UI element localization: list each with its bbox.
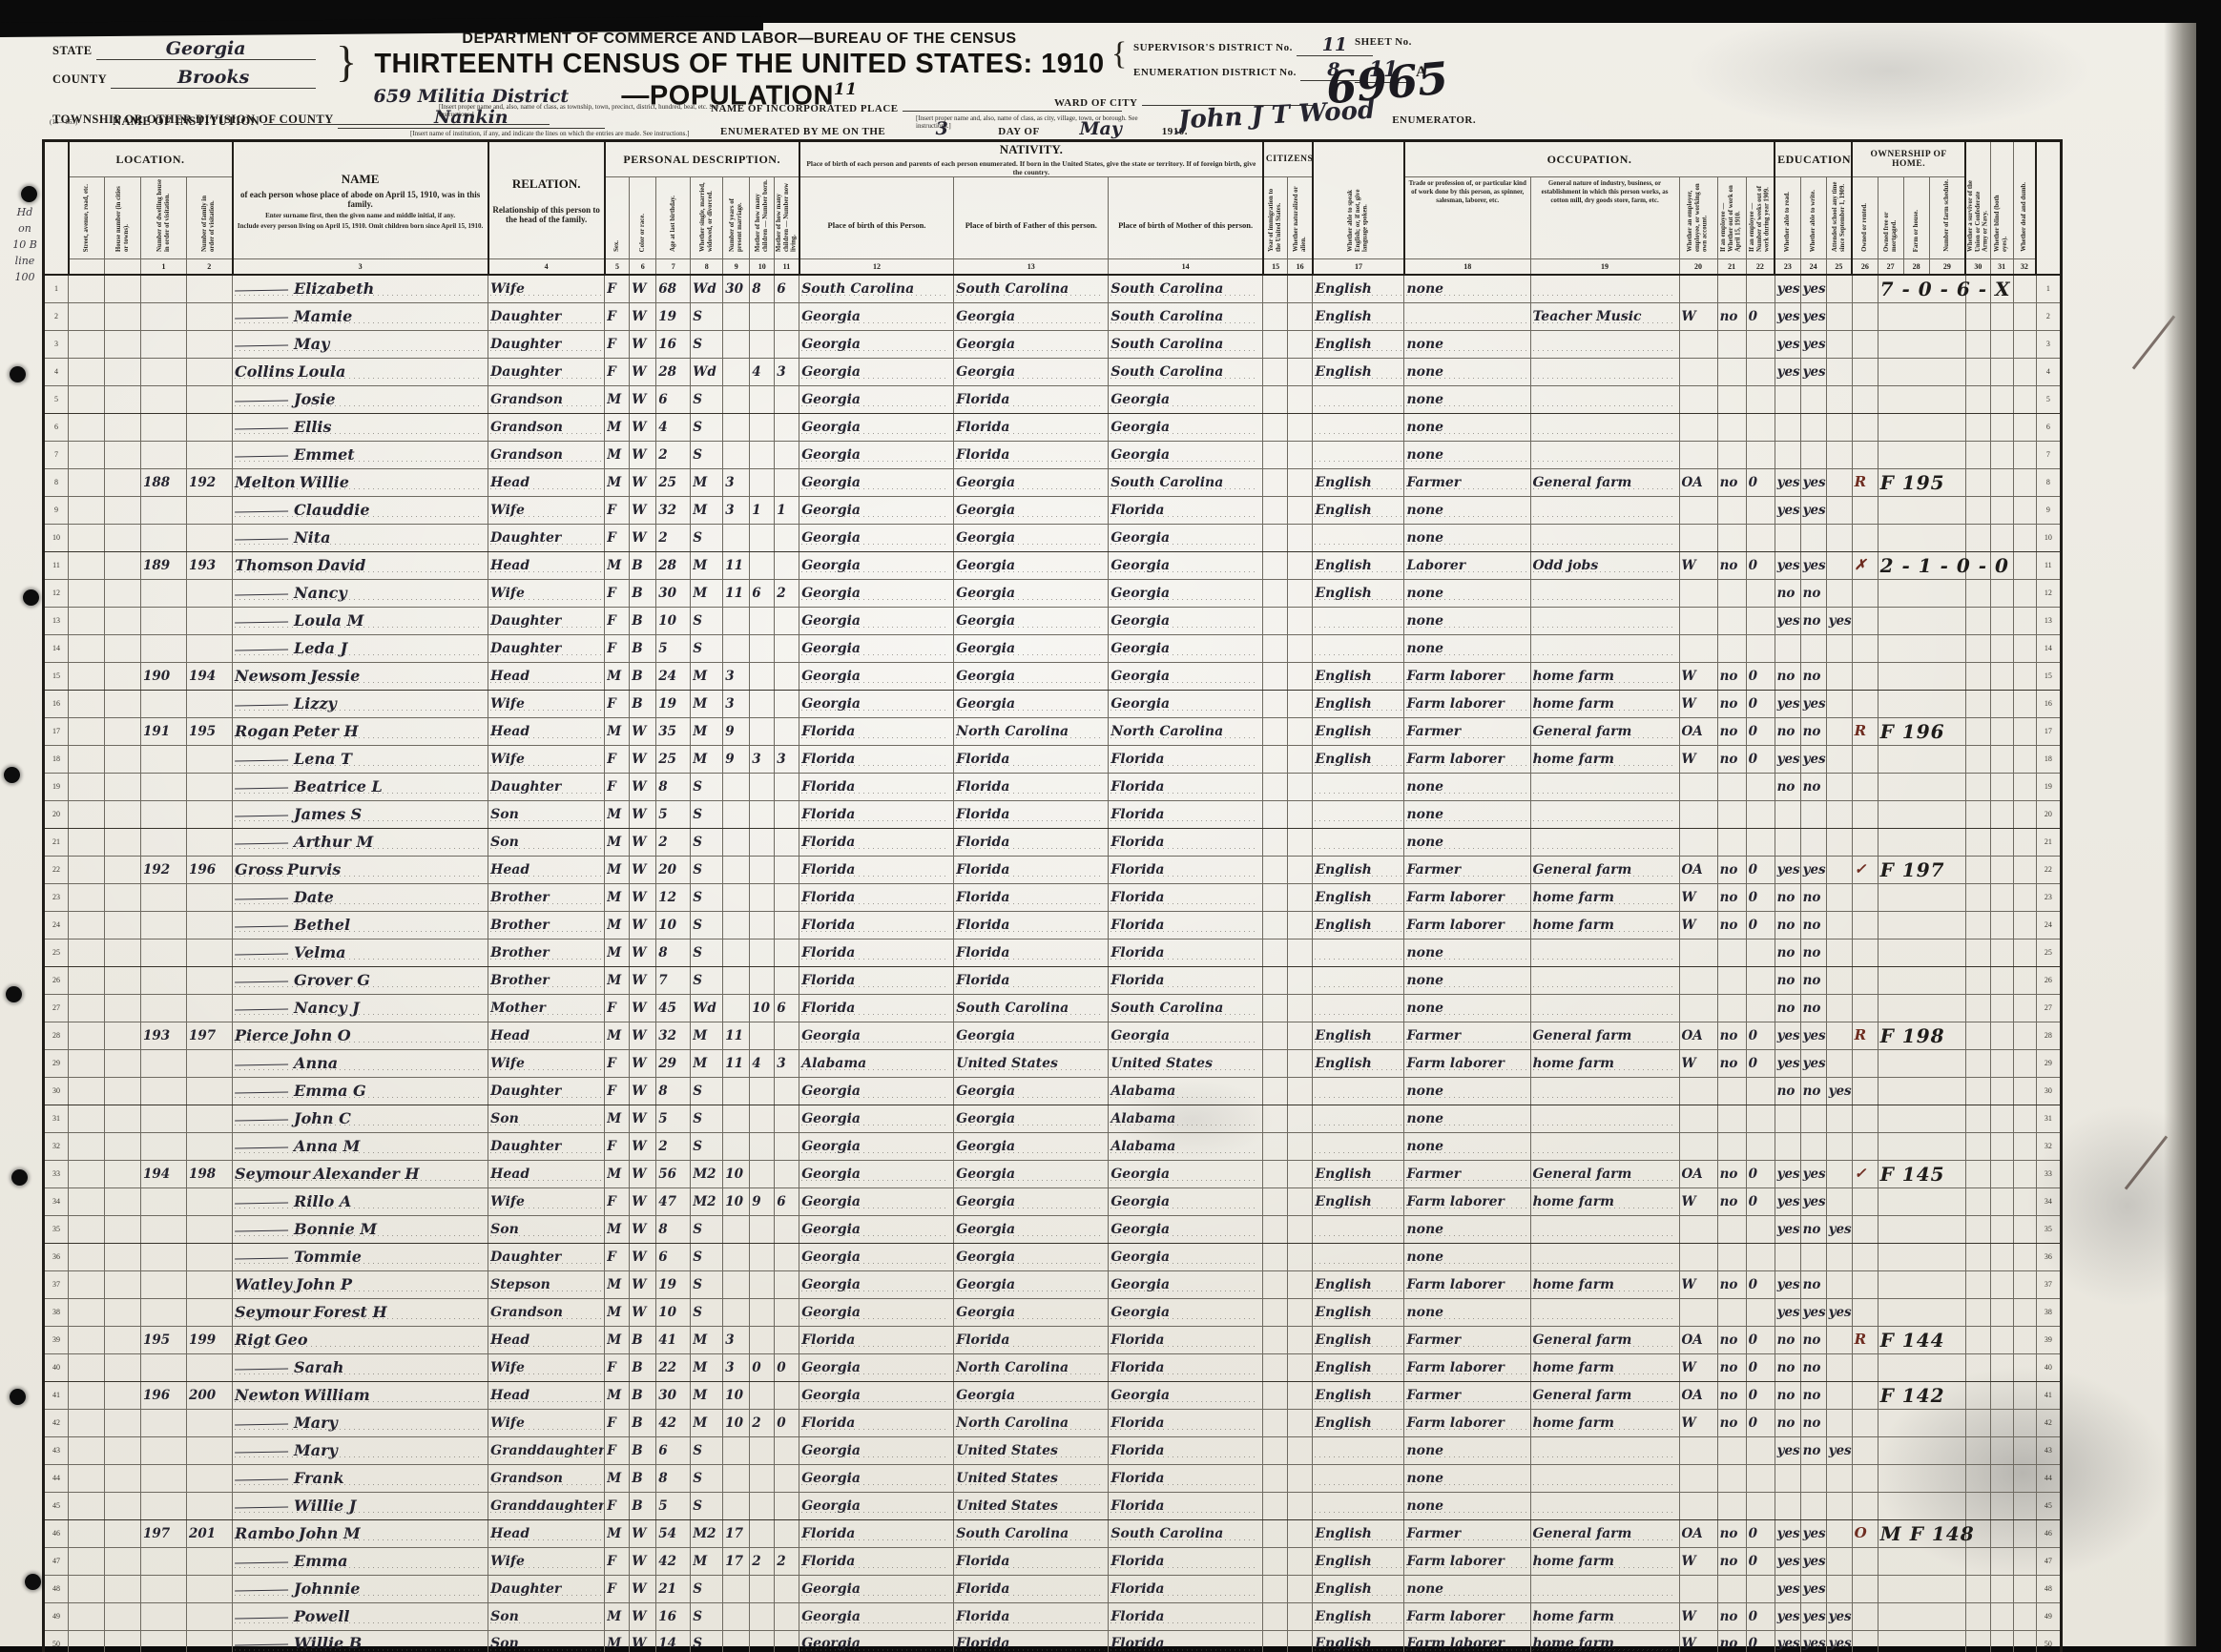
cell-pbm: Florida — [1109, 1575, 1263, 1602]
cell-mar: S — [691, 607, 723, 634]
farm-schedule-column-label: Number of farm schedule. — [1943, 179, 1951, 252]
cell-yrs: 10 — [723, 1187, 750, 1215]
cell-nat — [1288, 634, 1313, 662]
cell-sex: M — [605, 1160, 630, 1187]
cell-pbf: Georgia — [954, 690, 1109, 717]
cell-wk: 0 — [1746, 302, 1775, 330]
cell-pbf: Georgia — [954, 607, 1109, 634]
cell-cb — [750, 883, 775, 911]
cell-house — [105, 800, 141, 828]
cell-sex: F — [605, 1547, 630, 1575]
title-annotation: 11 — [834, 80, 858, 99]
cell-trd: none — [1404, 1492, 1530, 1519]
cell-ln1: 24 — [2036, 911, 2061, 939]
cell-street — [69, 1077, 105, 1105]
cell-d32 — [2013, 773, 2036, 800]
cell-mar: S — [691, 1464, 723, 1492]
dwelling-number-column-header: Number of dwelling house in order of vis… — [141, 177, 187, 259]
cell-sex: F — [605, 1436, 630, 1464]
cell-cl — [775, 966, 799, 994]
cell-ind — [1530, 579, 1679, 607]
cell-sex: M — [605, 717, 630, 745]
cell-col: W — [630, 1298, 656, 1326]
cell-name: Lizzy — [233, 690, 488, 717]
cell-pbm: Georgia — [1109, 1270, 1263, 1298]
cell-chk — [1852, 330, 1878, 358]
cell-eng — [1313, 828, 1404, 856]
cell-rel: Head — [488, 1022, 605, 1049]
cell-d32 — [2013, 1492, 2036, 1519]
cell-name: Emmet — [233, 441, 488, 468]
cell-wk: 0 — [1746, 1326, 1775, 1353]
cell-fam: 193 — [187, 551, 233, 579]
farm-schedule-column-header: Number of farm schedule. — [1929, 177, 1965, 259]
cell-sex: M — [605, 1105, 630, 1132]
cell-emp: W — [1679, 883, 1717, 911]
cell-street — [69, 1436, 105, 1464]
street-column-label: Street, avenue, road, etc. — [83, 184, 91, 252]
cell-imm — [1263, 1492, 1288, 1519]
cell-ln0: 41 — [44, 1381, 69, 1409]
cell-sex: F — [605, 634, 630, 662]
cell-note: F 198 — [1878, 1022, 1965, 1049]
cell-s30 — [1965, 1132, 1990, 1160]
cell-cb — [750, 828, 775, 856]
cell-nat — [1288, 1575, 1313, 1602]
cell-dw — [141, 607, 187, 634]
punch-hole — [10, 366, 26, 382]
state-line: STATE Georgia — [52, 38, 316, 60]
name-note-2: Include every person living on April 15,… — [236, 222, 486, 230]
cell-fam: 196 — [187, 856, 233, 883]
cell-rd: yes — [1775, 690, 1800, 717]
cell-dw: 196 — [141, 1381, 187, 1409]
cell-cl — [775, 828, 799, 856]
cell-imm — [1263, 800, 1288, 828]
cell-emp: OA — [1679, 717, 1717, 745]
cell-mar: M — [691, 1326, 723, 1353]
cell-yrs — [723, 883, 750, 911]
cell-age: 16 — [656, 330, 691, 358]
cell-ind: General farm — [1530, 1160, 1679, 1187]
cell-chk — [1852, 1243, 1878, 1270]
cell-b31 — [1990, 1326, 2013, 1353]
cell-imm — [1263, 745, 1288, 773]
cell-wk: 0 — [1746, 1547, 1775, 1575]
cell-chk — [1852, 358, 1878, 385]
cell-imm — [1263, 358, 1288, 385]
cell-house — [105, 1409, 141, 1436]
cell-eng: English — [1313, 1381, 1404, 1409]
cell-note — [1878, 828, 1965, 856]
cell-cl — [775, 1602, 799, 1630]
cell-wk — [1746, 607, 1775, 634]
scanned-census-page: { "header": { "dept_line": "DEPARTMENT O… — [0, 0, 2221, 1652]
cell-s30 — [1965, 690, 1990, 717]
cell-dw — [141, 1436, 187, 1464]
cell-sex: M — [605, 468, 630, 496]
naturalized-column-label: Whether naturalized or alien. — [1293, 179, 1308, 252]
cell-eng — [1313, 773, 1404, 800]
cell-rd — [1775, 1464, 1800, 1492]
cell-wk — [1746, 1215, 1775, 1243]
cell-trd: none — [1404, 524, 1530, 551]
cell-sex: M — [605, 800, 630, 828]
cell-emp: W — [1679, 662, 1717, 690]
cell-cb — [750, 1132, 775, 1160]
cell-wk — [1746, 1243, 1775, 1270]
cell-street — [69, 524, 105, 551]
cell-col: B — [630, 1492, 656, 1519]
cell-ln0: 15 — [44, 662, 69, 690]
cell-cl — [775, 1022, 799, 1049]
cell-house — [105, 1270, 141, 1298]
cell-sex: F — [605, 524, 630, 551]
cell-pbm: Florida — [1109, 1492, 1263, 1519]
cell-col: B — [630, 662, 656, 690]
cell-wk: 0 — [1746, 551, 1775, 579]
cell-wk — [1746, 441, 1775, 468]
cell-rel: Son — [488, 1105, 605, 1132]
table-row: 29AnnaWifeFW29M1143AlabamaUnited StatesU… — [44, 1049, 2062, 1077]
cell-street — [69, 1492, 105, 1519]
cell-fam — [187, 1132, 233, 1160]
cell-fam — [187, 1298, 233, 1326]
cell-chk — [1852, 1215, 1878, 1243]
years-married-column-label: Number of years of present marriage. — [729, 179, 744, 252]
cell-sex: F — [605, 1353, 630, 1381]
cell-wk — [1746, 579, 1775, 607]
personal-description-group-header: PERSONAL DESCRIPTION. — [605, 141, 799, 177]
cell-ln1: 17 — [2036, 717, 2061, 745]
cell-ln0: 43 — [44, 1436, 69, 1464]
cell-b31 — [1990, 828, 2013, 856]
cell-note — [1878, 939, 1965, 966]
cell-sch — [1826, 1353, 1852, 1381]
cell-imm — [1263, 1547, 1288, 1575]
cell-nat — [1288, 1187, 1313, 1215]
cell-ind: home farm — [1530, 1187, 1679, 1215]
cell-age: 30 — [656, 579, 691, 607]
cell-pb: Georgia — [799, 607, 954, 634]
blind-column-label: Whether blind (both eyes). — [1994, 179, 2009, 252]
cell-ow: no — [1717, 883, 1746, 911]
cell-age: 28 — [656, 551, 691, 579]
cell-pbm: Florida — [1109, 939, 1263, 966]
cell-name: Lena T — [233, 745, 488, 773]
cell-pb: Florida — [799, 1519, 954, 1547]
cell-wk — [1746, 1436, 1775, 1464]
cell-eng — [1313, 1243, 1404, 1270]
cell-rd — [1775, 1492, 1800, 1519]
cell-pbm: South Carolina — [1109, 994, 1263, 1022]
cell-pbm: Florida — [1109, 1464, 1263, 1492]
cell-ind — [1530, 275, 1679, 302]
cell-s30 — [1965, 828, 1990, 856]
cell-rel: Wife — [488, 690, 605, 717]
enumerated-month: May — [1044, 118, 1158, 140]
cell-chk — [1852, 413, 1878, 441]
cell-wr: no — [1800, 1215, 1826, 1243]
cell-rd: yes — [1775, 1436, 1800, 1464]
cell-name: Arthur M — [233, 828, 488, 856]
cell-s30 — [1965, 330, 1990, 358]
cell-age: 8 — [656, 1215, 691, 1243]
cell-ow: no — [1717, 1326, 1746, 1353]
cell-dw — [141, 413, 187, 441]
cell-cb — [750, 1243, 775, 1270]
cell-emp: W — [1679, 690, 1717, 717]
cell-note — [1878, 330, 1965, 358]
colnum-street — [69, 259, 105, 276]
cell-street — [69, 441, 105, 468]
cell-yrs: 10 — [723, 1160, 750, 1187]
cell-house — [105, 1602, 141, 1630]
cell-rd: no — [1775, 883, 1800, 911]
cell-col: W — [630, 385, 656, 413]
cell-eng: English — [1313, 496, 1404, 524]
cell-sex: F — [605, 745, 630, 773]
cell-note — [1878, 690, 1965, 717]
cell-d32 — [2013, 1409, 2036, 1436]
cell-fam — [187, 1353, 233, 1381]
cell-eng: English — [1313, 1160, 1404, 1187]
table-row: 15190194Newsom JessieHeadMB24M3GeorgiaGe… — [44, 662, 2062, 690]
cell-ln0: 37 — [44, 1270, 69, 1298]
cell-rd: yes — [1775, 1022, 1800, 1049]
cell-rel: Son — [488, 1630, 605, 1652]
location-group-header: LOCATION. — [69, 141, 233, 177]
cell-b31 — [1990, 468, 2013, 496]
column-number-row: 1 2 3 4 5 6 7 8 9 10 11 12 13 14 15 16 1… — [44, 259, 2062, 276]
cell-rd: no — [1775, 1409, 1800, 1436]
colnum-29: 29 — [1929, 259, 1965, 276]
cell-pbm: Georgia — [1109, 441, 1263, 468]
cell-name: Nancy — [233, 579, 488, 607]
cell-wr: yes — [1800, 1298, 1826, 1326]
cell-pb: Georgia — [799, 1270, 954, 1298]
cell-yrs: 10 — [723, 1409, 750, 1436]
colnum-19: 19 — [1530, 259, 1679, 276]
cell-s30 — [1965, 413, 1990, 441]
cell-nat — [1288, 1243, 1313, 1270]
cell-chk — [1852, 579, 1878, 607]
cell-house — [105, 1077, 141, 1105]
cell-ow — [1717, 496, 1746, 524]
cell-wk — [1746, 966, 1775, 994]
cell-yrs — [723, 1630, 750, 1652]
cell-nat — [1288, 883, 1313, 911]
cell-ind — [1530, 828, 1679, 856]
cell-note: M F 148 — [1878, 1519, 1965, 1547]
cell-ind: General farm — [1530, 856, 1679, 883]
immigration-column-label: Year of immigration to the United States… — [1268, 179, 1283, 252]
cell-emp — [1679, 1298, 1717, 1326]
cell-pbf: Georgia — [954, 579, 1109, 607]
cell-fam — [187, 385, 233, 413]
cell-pb: Florida — [799, 911, 954, 939]
cell-trd: none — [1404, 1575, 1530, 1602]
cell-ow: no — [1717, 1187, 1746, 1215]
cell-eng: English — [1313, 275, 1404, 302]
cell-wr: yes — [1800, 1022, 1826, 1049]
cell-rd: yes — [1775, 1187, 1800, 1215]
cell-sch — [1826, 496, 1852, 524]
cell-nat — [1288, 1298, 1313, 1326]
cell-nat — [1288, 1409, 1313, 1436]
cell-pb: Georgia — [799, 634, 954, 662]
cell-emp — [1679, 275, 1717, 302]
cell-street — [69, 358, 105, 385]
cell-age: 29 — [656, 1049, 691, 1077]
cell-emp — [1679, 607, 1717, 634]
cell-ln1: 26 — [2036, 966, 2061, 994]
cell-cl — [775, 1464, 799, 1492]
colnum-28: 28 — [1903, 259, 1929, 276]
cell-b31 — [1990, 994, 2013, 1022]
colnum-23: 23 — [1775, 259, 1800, 276]
colnum-17: 17 — [1313, 259, 1404, 276]
cell-age: 8 — [656, 1464, 691, 1492]
cell-rd: yes — [1775, 358, 1800, 385]
cell-sex: F — [605, 690, 630, 717]
cell-rd — [1775, 413, 1800, 441]
cell-cl — [775, 1381, 799, 1409]
cell-sch — [1826, 1409, 1852, 1436]
cell-imm — [1263, 828, 1288, 856]
cell-pbf: Florida — [954, 939, 1109, 966]
cell-fam — [187, 358, 233, 385]
cell-pbf: Georgia — [954, 1077, 1109, 1105]
cell-emp: OA — [1679, 1519, 1717, 1547]
cell-fam — [187, 634, 233, 662]
cell-wr — [1800, 441, 1826, 468]
cell-wk — [1746, 828, 1775, 856]
nativity-title: NATIVITY. — [802, 142, 1260, 157]
cell-col: W — [630, 939, 656, 966]
table-row: 28193197Pierce John OHeadMW32M11GeorgiaG… — [44, 1022, 2062, 1049]
cell-d32 — [2013, 1602, 2036, 1630]
cell-cb — [750, 385, 775, 413]
cell-s30 — [1965, 358, 1990, 385]
cell-emp: W — [1679, 1353, 1717, 1381]
table-row: 38Seymour Forest HGrandsonMW10SGeorgiaGe… — [44, 1298, 2062, 1326]
pob-father-column-label: Place of birth of Father of this person. — [956, 220, 1106, 230]
cell-sch — [1826, 939, 1852, 966]
cell-col: W — [630, 717, 656, 745]
cell-pbf: Florida — [954, 441, 1109, 468]
cell-cb — [750, 1077, 775, 1105]
cell-sch — [1826, 468, 1852, 496]
cell-ow — [1717, 966, 1746, 994]
cell-cb — [750, 1270, 775, 1298]
table-row: 36TommieDaughterFW6SGeorgiaGeorgiaGeorgi… — [44, 1243, 2062, 1270]
cell-fam — [187, 1077, 233, 1105]
family-number-column-header: Number of family in order of visitation. — [187, 177, 233, 259]
cell-ow: no — [1717, 468, 1746, 496]
cell-ln1: 21 — [2036, 828, 2061, 856]
cell-rel: Daughter — [488, 302, 605, 330]
cell-house — [105, 1132, 141, 1160]
cell-fam — [187, 1187, 233, 1215]
cell-note — [1878, 1602, 1965, 1630]
cell-nat — [1288, 745, 1313, 773]
cell-nat — [1288, 1160, 1313, 1187]
cell-street — [69, 579, 105, 607]
cell-ow — [1717, 1215, 1746, 1243]
cell-pbf: United States — [954, 1436, 1109, 1464]
cell-cl — [775, 1243, 799, 1270]
cell-imm — [1263, 1270, 1288, 1298]
cell-fam — [187, 883, 233, 911]
cell-pbm: Florida — [1109, 1547, 1263, 1575]
cell-yrs: 3 — [723, 690, 750, 717]
cell-ln0: 33 — [44, 1160, 69, 1187]
cell-fam — [187, 607, 233, 634]
cell-imm — [1263, 994, 1288, 1022]
cell-emp — [1679, 330, 1717, 358]
cell-sex: M — [605, 1464, 630, 1492]
cell-ow — [1717, 330, 1746, 358]
cell-trd: Farm laborer — [1404, 662, 1530, 690]
cell-wk — [1746, 1492, 1775, 1519]
cell-street — [69, 745, 105, 773]
cell-d32 — [2013, 939, 2036, 966]
cell-pbm: Florida — [1109, 800, 1263, 828]
cell-mar: S — [691, 1492, 723, 1519]
colnum-12: 12 — [799, 259, 954, 276]
cell-trd: none — [1404, 358, 1530, 385]
cell-cl: 6 — [775, 994, 799, 1022]
cell-pb: Georgia — [799, 1575, 954, 1602]
table-row: 35Bonnie MSonMW8SGeorgiaGeorgiaGeorgiano… — [44, 1215, 2062, 1243]
cell-yrs — [723, 1105, 750, 1132]
cell-wr: no — [1800, 1409, 1826, 1436]
cell-pbf: Florida — [954, 1575, 1109, 1602]
cell-cl: 6 — [775, 275, 799, 302]
cell-cl: 2 — [775, 1547, 799, 1575]
cell-wr: yes — [1800, 745, 1826, 773]
cell-wr: no — [1800, 579, 1826, 607]
cell-pb: Florida — [799, 939, 954, 966]
cell-chk — [1852, 939, 1878, 966]
cell-rel: Stepson — [488, 1270, 605, 1298]
cell-pb: Georgia — [799, 690, 954, 717]
cell-col: W — [630, 745, 656, 773]
cell-dw — [141, 1575, 187, 1602]
cell-sex: F — [605, 302, 630, 330]
cell-cb — [750, 441, 775, 468]
cell-name: Thomson David — [233, 551, 488, 579]
immigration-column-header: Year of immigration to the United States… — [1263, 177, 1288, 259]
cell-street — [69, 1409, 105, 1436]
cell-street — [69, 468, 105, 496]
cell-note: F 145 — [1878, 1160, 1965, 1187]
cell-eng: English — [1313, 1270, 1404, 1298]
colnum-house — [105, 259, 141, 276]
cell-s30 — [1965, 1160, 1990, 1187]
cell-street — [69, 662, 105, 690]
cell-ind — [1530, 1492, 1679, 1519]
cell-house — [105, 302, 141, 330]
cell-b31 — [1990, 1077, 2013, 1105]
colnum-7: 7 — [656, 259, 691, 276]
industry-column-label: General nature of industry, business, or… — [1533, 179, 1677, 204]
cell-eng: English — [1313, 468, 1404, 496]
cell-cl — [775, 911, 799, 939]
cell-wr — [1800, 1464, 1826, 1492]
supervisor-district-line: SUPERVISOR'S DISTRICT No. 11 — [1133, 34, 1373, 56]
